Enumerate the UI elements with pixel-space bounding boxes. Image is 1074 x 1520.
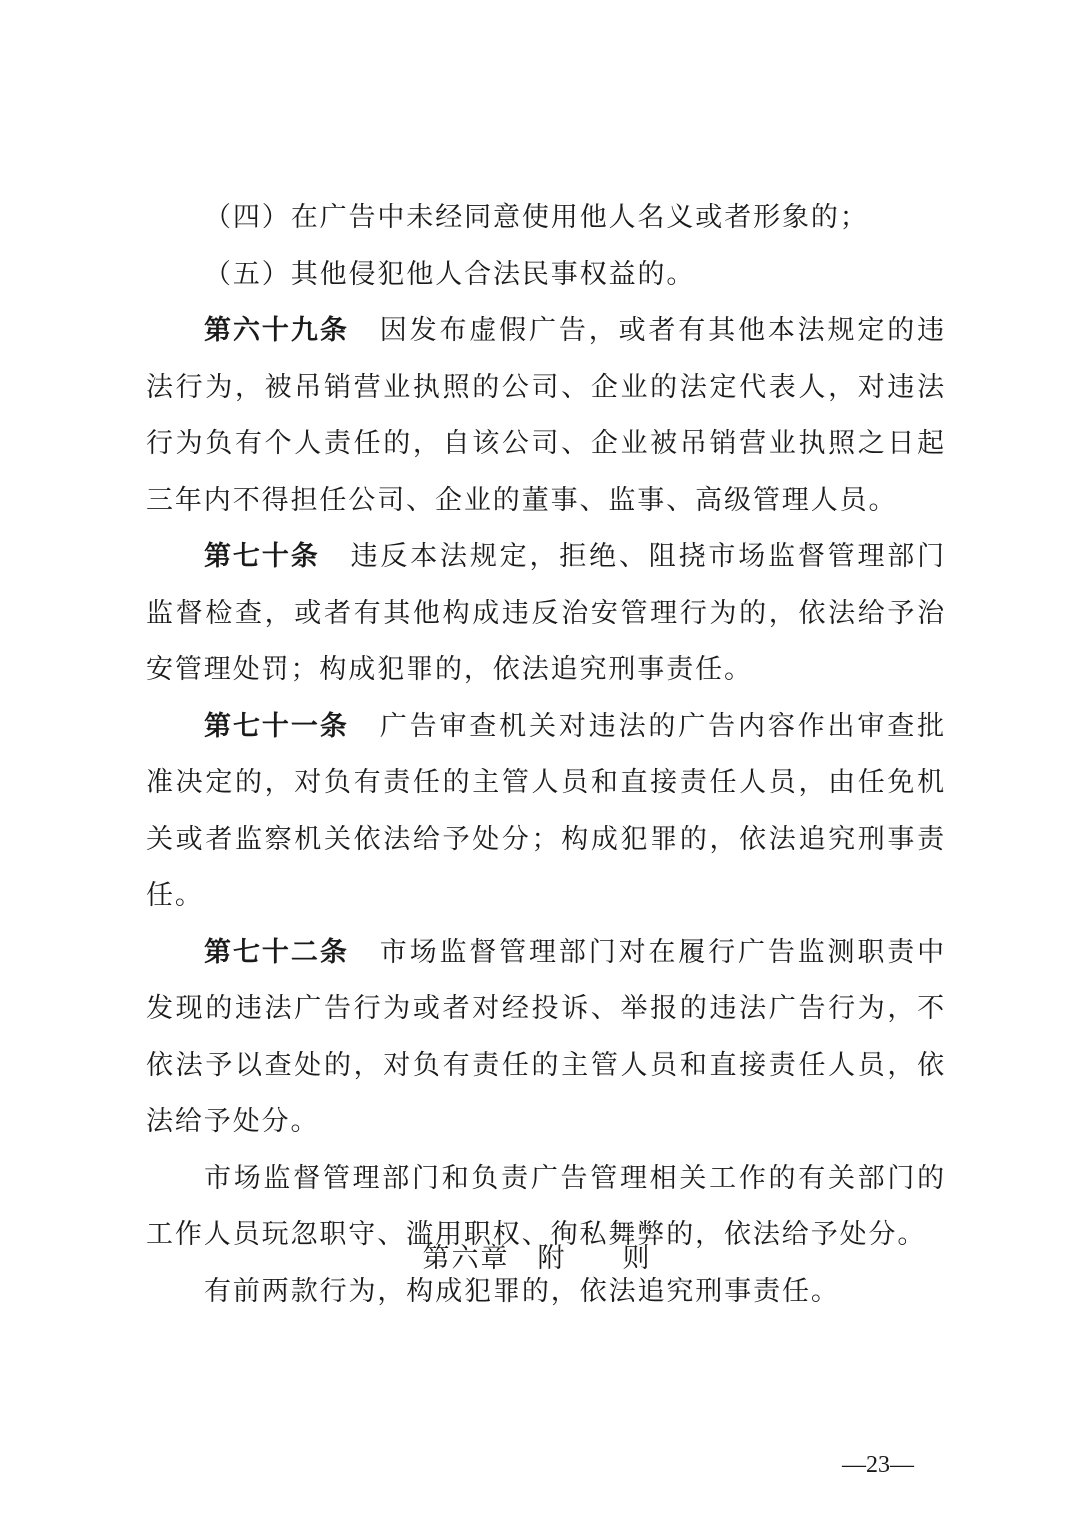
- chapter-title-part2: 则: [623, 1243, 652, 1274]
- article-number: 第七十一条: [204, 711, 349, 742]
- article-69: 第六十九条因发布虚假广告，或者有其他本法规定的违法行为，被吊销营业执照的公司、企…: [146, 303, 946, 529]
- chapter-number: 第六章: [423, 1243, 510, 1274]
- document-body: （四）在广告中未经同意使用他人名义或者形象的； （五）其他侵犯他人合法民事权益的…: [146, 190, 946, 1320]
- article-70: 第七十条违反本法规定，拒绝、阻挠市场监督管理部门监督检查，或者有其他构成违反治安…: [146, 529, 946, 699]
- page-number: —23—: [842, 1452, 914, 1479]
- item-paragraph-4: （四）在广告中未经同意使用他人名义或者形象的；: [146, 190, 946, 247]
- article-number: 第六十九条: [204, 315, 349, 346]
- article-number: 第七十二条: [204, 937, 349, 968]
- article-72: 第七十二条市场监督管理部门对在履行广告监测职责中发现的违法广告行为或者对经投诉、…: [146, 925, 946, 1151]
- chapter-title-part1: 附: [538, 1243, 567, 1274]
- article-number: 第七十条: [204, 541, 320, 572]
- article-71: 第七十一条广告审查机关对违法的广告内容作出审查批准决定的，对负有责任的主管人员和…: [146, 699, 946, 925]
- item-paragraph-5: （五）其他侵犯他人合法民事权益的。: [146, 247, 946, 304]
- chapter-heading: 第六章附则: [0, 1236, 1074, 1275]
